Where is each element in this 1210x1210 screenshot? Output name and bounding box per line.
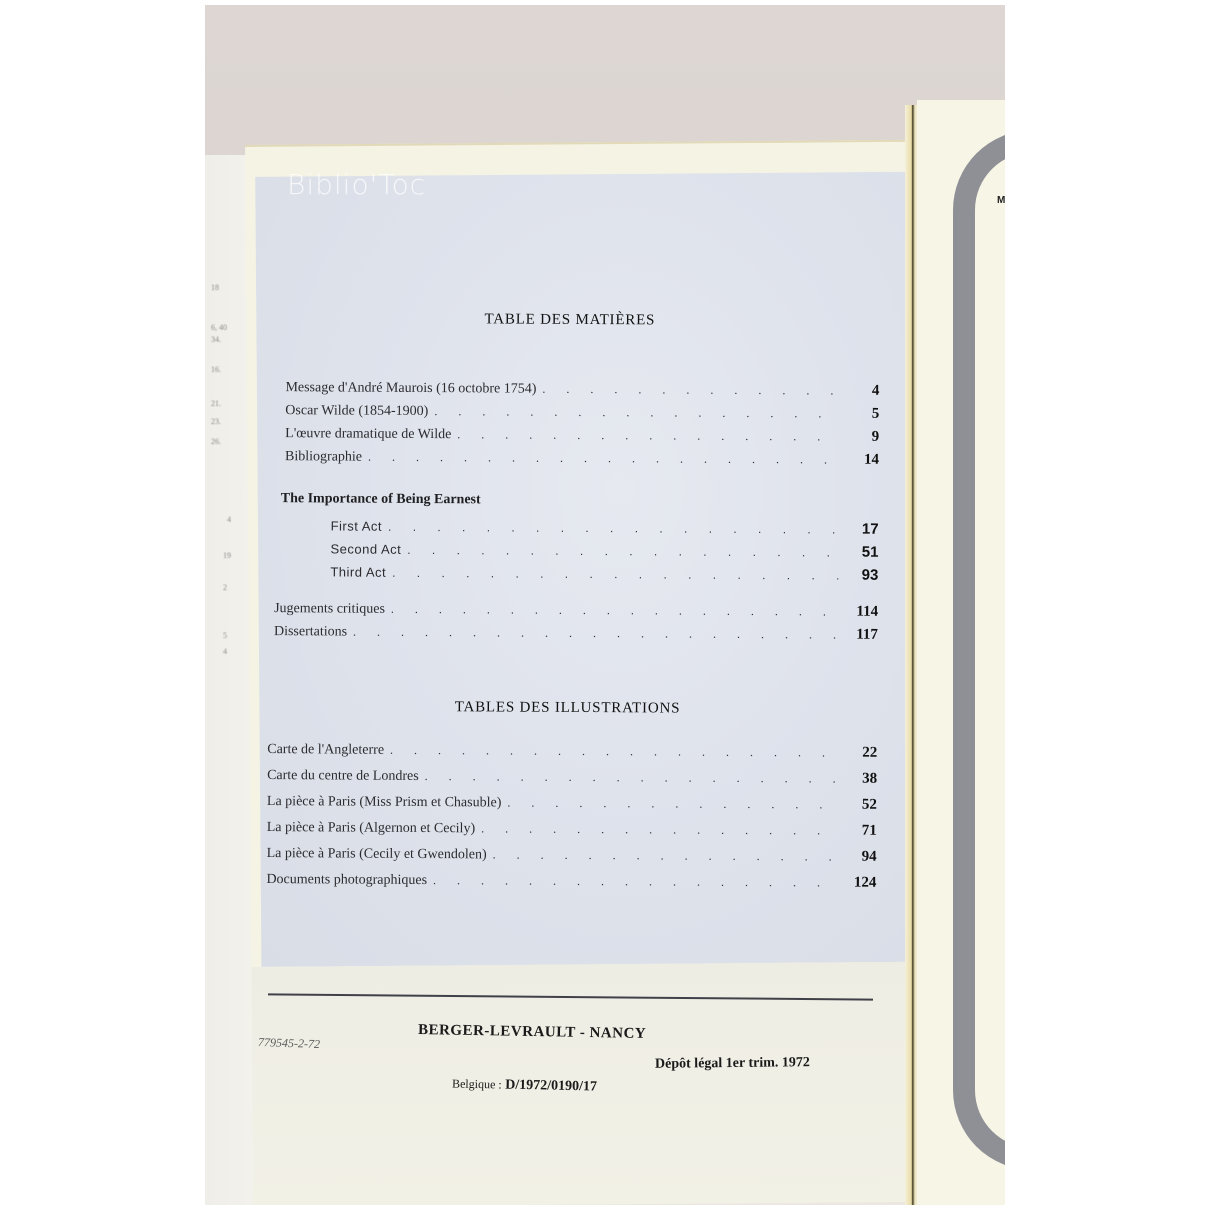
entry-label: Carte de l'Angleterre <box>267 742 384 759</box>
illustrations-title: TABLES DES ILLUSTRATIONS <box>257 698 877 719</box>
entry-label: Dissertations <box>274 624 347 640</box>
illustration-entry[interactable]: La pièce à Paris (Algernon et Cecily) . … <box>267 819 877 849</box>
entry-label: Jugements critiques <box>274 601 385 618</box>
entry-label: Oscar Wilde (1854-1900) <box>285 403 428 420</box>
dot-leader: . . . . . . . . . . . . . . . . . . . . … <box>390 743 837 761</box>
entry-page: 5 <box>845 406 879 423</box>
left-page-number: 19 <box>223 551 231 560</box>
left-page-number: 2 <box>223 583 227 592</box>
entry-label: La pièce à Paris (Cecily et Gwendolen) <box>267 846 487 863</box>
entry-label: Second Act <box>330 541 401 556</box>
dot-leader: . . . . . . . . . . . . . . . . . . . . … <box>434 404 839 421</box>
entry-label: Third Act <box>330 564 386 579</box>
right-page-fragment: M <box>997 195 1005 206</box>
entry-label: First Act <box>331 518 383 533</box>
entry-label: La pièce à Paris (Miss Prism et Chasuble… <box>267 794 502 811</box>
entry-label: Documents photographiques <box>266 872 427 889</box>
dot-leader: . . . . . . . . . . . . . . . . . . . . … <box>392 566 838 583</box>
left-page-number: 6, 40 <box>211 323 227 332</box>
play-section: The Importance of Being Earnest First Ac… <box>258 491 879 590</box>
dot-leader: . . . . . . . . . . . . . . . . . . . . … <box>507 796 837 813</box>
entry-page: 22 <box>843 745 877 762</box>
illustration-entry[interactable]: Carte du centre de Londres . . . . . . .… <box>267 767 877 797</box>
left-page-number: 4 <box>223 647 227 656</box>
toc-entry[interactable]: Bibliographie . . . . . . . . . . . . . … <box>285 448 879 475</box>
table-of-contents: TABLE DES MATIÈRES Message d'André Mauro… <box>256 300 880 901</box>
belgique-label: Belgique : <box>452 1076 502 1091</box>
decorative-frame-arc <box>953 130 1005 1170</box>
dot-leader: . . . . . . . . . . . . . . . . . . . . … <box>353 625 838 643</box>
play-title: The Importance of Being Earnest <box>281 491 879 521</box>
entry-label: L'œuvre dramatique de Wilde <box>285 426 451 443</box>
entry-page: 9 <box>845 429 879 446</box>
entry-page: 124 <box>842 875 876 892</box>
illustration-entry[interactable]: La pièce à Paris (Miss Prism et Chasuble… <box>267 793 877 823</box>
left-page-number: 4 <box>227 515 231 524</box>
entry-label: Message d'André Maurois (16 octobre 1754… <box>285 380 536 398</box>
appendix-entries: Jugements critiques . . . . . . . . . . … <box>258 600 878 650</box>
contents-title: TABLE DES MATIÈRES <box>260 310 880 331</box>
entry-page: 52 <box>843 797 877 814</box>
watermark-logo: Biblio'Toc <box>287 168 426 201</box>
toc-entry[interactable]: Dissertations . . . . . . . . . . . . . … <box>274 623 878 650</box>
left-page-number: 18 <box>211 283 219 292</box>
legal-deposit: Dépôt légal 1er trim. 1972 <box>655 1055 810 1073</box>
entry-label: La pièce à Paris (Algernon et Cecily) <box>267 820 475 837</box>
dot-leader: . . . . . . . . . . . . . . . . . . . . … <box>493 847 837 864</box>
left-page-number: 34. <box>211 335 221 344</box>
illustration-entry[interactable]: Documents photographiques . . . . . . . … <box>266 871 876 901</box>
entry-page: 14 <box>845 452 879 469</box>
left-page-number: 5 <box>223 631 227 640</box>
illustration-entry[interactable]: Carte de l'Angleterre . . . . . . . . . … <box>267 741 877 771</box>
entry-label: Bibliographie <box>285 449 362 465</box>
print-code: 779545-2-72 <box>258 1035 320 1052</box>
entry-label: Carte du centre de Londres <box>267 768 419 785</box>
entry-page: 17 <box>845 521 879 538</box>
dot-leader: . . . . . . . . . . . . . . . . . . . . … <box>542 382 839 399</box>
entry-page: 71 <box>843 823 877 840</box>
left-page-number: 23. <box>211 417 221 426</box>
illustration-entries: Carte de l'Angleterre . . . . . . . . . … <box>256 741 877 901</box>
belgique-ref: D/1972/0190/17 <box>505 1078 597 1095</box>
left-page-number: 26. <box>211 437 221 446</box>
dot-leader: . . . . . . . . . . . . . . . . . . . . … <box>425 769 837 787</box>
belgique-reference: Belgique : D/1972/0190/17 <box>452 1076 597 1095</box>
entry-page: 4 <box>845 383 879 400</box>
entry-page: 94 <box>843 849 877 866</box>
entry-page: 93 <box>844 567 878 584</box>
dot-leader: . . . . . . . . . . . . . . . . . . . . … <box>407 543 838 560</box>
left-page-number: 21. <box>211 399 221 408</box>
toc-entry[interactable]: Third Act . . . . . . . . . . . . . . . … <box>280 563 878 590</box>
entry-page: 114 <box>844 604 878 621</box>
dot-leader: . . . . . . . . . . . . . . . . . . . . … <box>368 450 839 468</box>
entry-page: 38 <box>843 771 877 788</box>
dot-leader: . . . . . . . . . . . . . . . . . . . . … <box>391 602 838 620</box>
dot-leader: . . . . . . . . . . . . . . . . . . . . … <box>457 427 839 444</box>
dot-leader: . . . . . . . . . . . . . . . . . . . . … <box>481 821 837 838</box>
illustration-entry[interactable]: La pièce à Paris (Cecily et Gwendolen) .… <box>267 845 877 875</box>
right-page: M <box>917 100 1005 1205</box>
intro-entries: Message d'André Maurois (16 octobre 1754… <box>259 379 880 475</box>
dot-leader: . . . . . . . . . . . . . . . . . . . . … <box>388 520 839 537</box>
entry-page: 51 <box>844 544 878 561</box>
entry-page: 117 <box>844 627 878 644</box>
dot-leader: . . . . . . . . . . . . . . . . . . . . … <box>433 873 836 890</box>
left-page-number: 16. <box>211 365 221 374</box>
